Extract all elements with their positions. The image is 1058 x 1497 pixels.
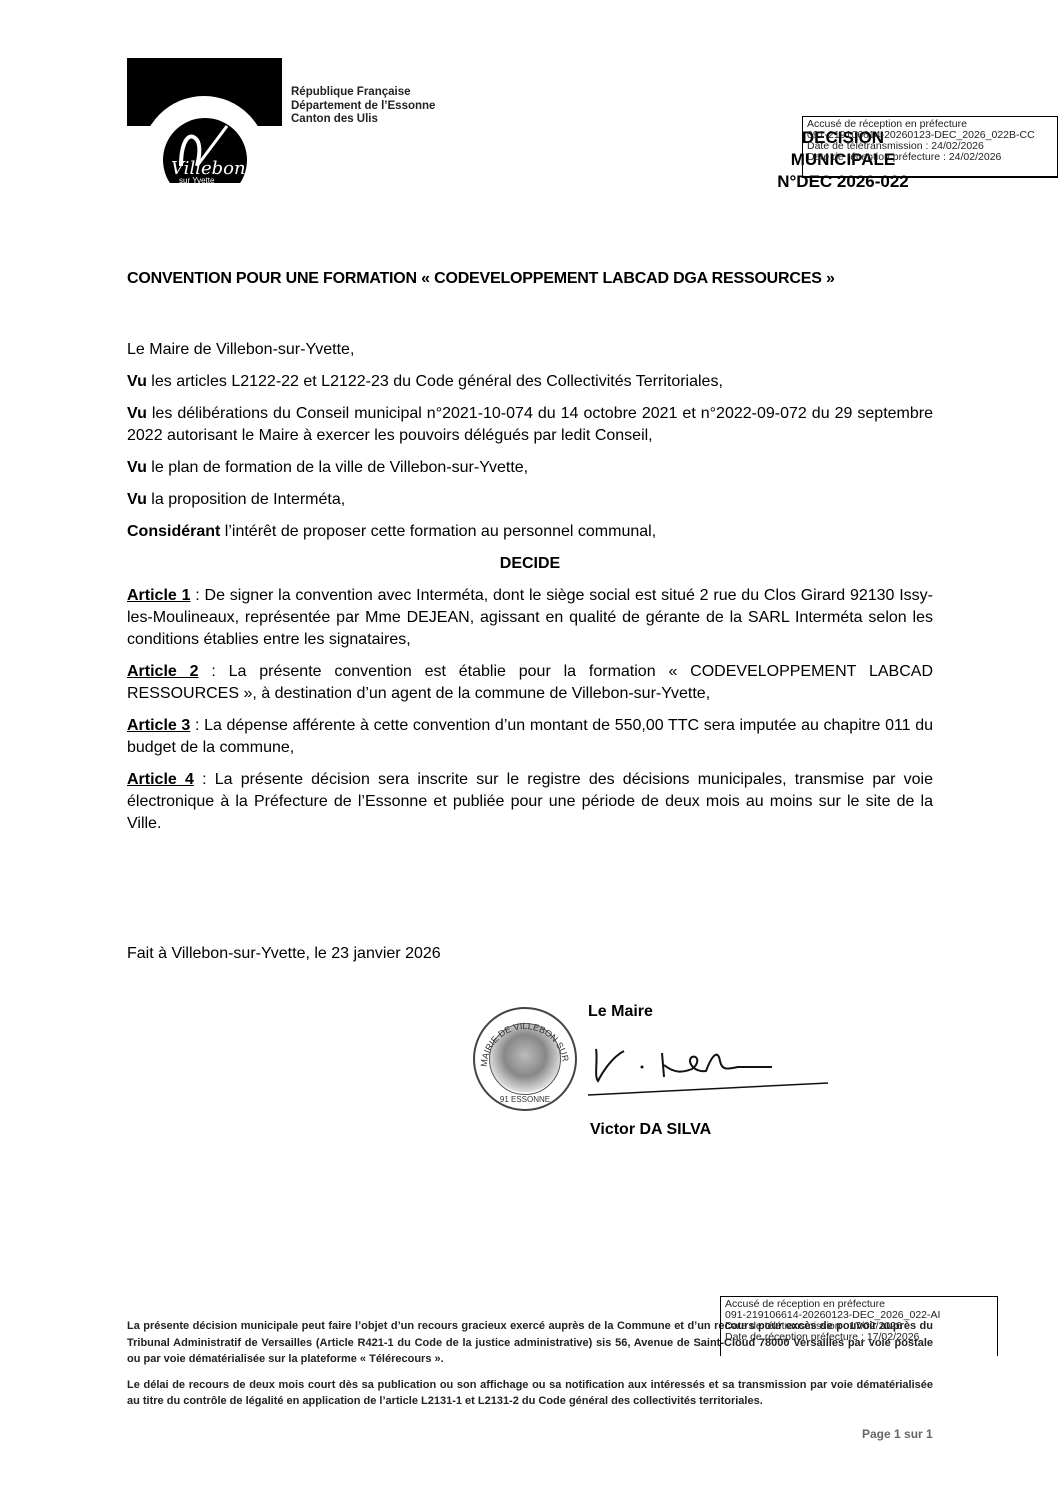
signature-block: MAIRIE DE VILLEBON SUR YVETTE 91 ESSONNE… <box>470 995 840 1155</box>
republic-header: République Française Département de l’Es… <box>291 86 435 127</box>
article: Article 4 : La présente décision sera in… <box>127 769 933 835</box>
consideration: Vu la proposition de Interméta, <box>127 489 933 511</box>
place-date: Fait à Villebon-sur-Yvette, le 23 janvie… <box>127 943 933 965</box>
logo-subtitle: sur Yvette <box>179 176 214 183</box>
consideration: Vu les articles L2122-22 et L2122-23 du … <box>127 371 933 393</box>
article: Article 1 : De signer la convention avec… <box>127 585 933 651</box>
appeal-delay-notice: Le délai de recours de deux mois court d… <box>127 1377 933 1410</box>
document-title: CONVENTION POUR UNE FORMATION « CODEVELO… <box>127 270 835 288</box>
consideration: Vu les délibérations du Conseil municipa… <box>127 403 933 447</box>
svg-text:91 ESSONNE: 91 ESSONNE <box>500 1095 550 1104</box>
article: Article 2 : La présente convention est é… <box>127 661 933 705</box>
handwritten-signature-icon <box>588 1033 838 1113</box>
article: Article 3 : La dépense afférente à cette… <box>127 715 933 759</box>
department-line: Département de l’Essonne <box>291 100 435 114</box>
stamp-line: Date de réception préfecture : 17/02/202… <box>725 1332 993 1343</box>
signatory-name: Victor DA SILVA <box>590 1121 711 1139</box>
consideration: Considérant l’intérêt de proposer cette … <box>127 521 933 543</box>
document-body: Le Maire de Villebon-sur-Yvette, Vu les … <box>127 339 933 835</box>
decide-heading: DECIDE <box>127 553 933 575</box>
canton-line: Canton des Ulis <box>291 113 435 127</box>
republic-line: République Française <box>291 86 435 100</box>
svg-text:MAIRIE DE VILLEBON SUR YVETTE: MAIRIE DE VILLEBON SUR YVETTE <box>475 1009 571 1067</box>
stamp-line: Date de réception préfecture : 24/02/202… <box>807 152 1053 163</box>
prefecture-receipt-stamp-bottom: Accusé de réception en préfecture 091-21… <box>720 1296 998 1356</box>
intro: Le Maire de Villebon-sur-Yvette, <box>127 339 933 361</box>
villebon-logo: Villebon sur Yvette <box>127 58 282 183</box>
prefecture-receipt-stamp-top: Accusé de réception en préfecture 091-21… <box>802 116 1058 178</box>
signatory-role: Le Maire <box>588 1003 653 1021</box>
page-number: Page 1 sur 1 <box>862 1427 933 1441</box>
mairie-seal-icon: MAIRIE DE VILLEBON SUR YVETTE 91 ESSONNE <box>473 1007 577 1111</box>
consideration: Vu le plan de formation de la ville de V… <box>127 457 933 479</box>
